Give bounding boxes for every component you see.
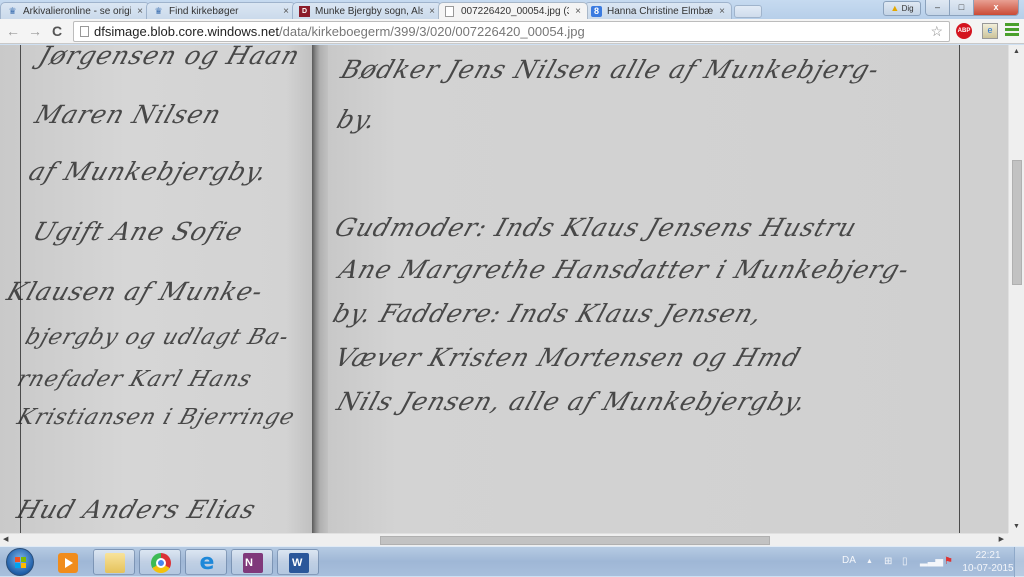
crown-icon: ♛ bbox=[7, 6, 18, 17]
scroll-right-arrow[interactable]: ▶ bbox=[999, 535, 1004, 543]
address-bar[interactable]: dfsimage.blob.core.windows.net/data/kirk… bbox=[73, 21, 950, 42]
handwritten-line: bjergby og udlagt Ba- bbox=[22, 325, 293, 350]
title-bar: ♛ Arkivalieronline - se origi × ♛ Find k… bbox=[0, 0, 1024, 19]
close-window-button[interactable]: x bbox=[974, 0, 1018, 16]
taskbar-media-player[interactable] bbox=[46, 549, 88, 575]
handwritten-line: Væver Kristen Mortensen og Hmd bbox=[331, 343, 805, 372]
handwritten-line: Bødker Jens Nilsen alle af Munkebjerg- bbox=[337, 55, 883, 84]
show-hidden-icons-button[interactable]: ▲ bbox=[866, 558, 873, 565]
crown-icon: ♛ bbox=[153, 6, 164, 17]
handwritten-line: Klausen af Munke- bbox=[3, 277, 267, 306]
handwritten-line: Nils Jensen, alle af Munkebjergby. bbox=[333, 387, 810, 416]
tab-close-button[interactable]: × bbox=[575, 3, 581, 19]
vertical-scrollbar[interactable]: ▲ ▼ bbox=[1008, 45, 1024, 533]
taskbar-file-explorer[interactable] bbox=[93, 549, 135, 575]
reload-button[interactable]: C bbox=[52, 23, 62, 39]
handwritten-line: Gudmoder: Inds Klaus Jensens Hustru bbox=[331, 213, 861, 242]
handwritten-line: af Munkebjergby. bbox=[25, 157, 272, 186]
site-logo-icon: D bbox=[299, 6, 310, 17]
windows-taskbar: e N W DA ▲ ⊞ ▯ ▂▃▅ ⚑ 22:21 10-07-2015 bbox=[0, 546, 1024, 576]
google-icon: 8 bbox=[591, 6, 602, 17]
back-button[interactable]: ← bbox=[6, 23, 20, 39]
tab-arkivalieronline[interactable]: ♛ Arkivalieronline - se origi × bbox=[0, 2, 150, 19]
window-buttons: – □ x bbox=[925, 0, 1019, 16]
tab-strip: ♛ Arkivalieronline - se origi × ♛ Find k… bbox=[0, 2, 762, 19]
clock-time: 22:21 bbox=[962, 549, 1014, 562]
handwritten-line: Kristiansen i Bjerringe bbox=[14, 405, 298, 430]
chrome-menu-icon[interactable] bbox=[1005, 23, 1019, 39]
tab-close-button[interactable]: × bbox=[283, 3, 289, 19]
clock-date: 10-07-2015 bbox=[962, 562, 1014, 575]
new-tab-button[interactable] bbox=[734, 5, 762, 18]
ie-tab-extension-icon[interactable]: e bbox=[982, 23, 998, 39]
tab-title: 007226420_00054.jpg (31 bbox=[461, 3, 569, 19]
image-viewport[interactable]: Jørgensen og Haan Maren Nilsen af Munkeb… bbox=[0, 45, 1008, 533]
taskbar-chrome[interactable] bbox=[139, 549, 181, 575]
handwritten-line: Ugift Ane Sofie bbox=[29, 217, 247, 246]
tab-hanna-christine[interactable]: 8 Hanna Christine Elmbæk × bbox=[584, 2, 732, 19]
handwritten-line: Maren Nilsen bbox=[31, 100, 225, 129]
start-button[interactable] bbox=[6, 548, 34, 576]
tab-close-button[interactable]: × bbox=[719, 3, 725, 19]
internet-explorer-icon: e bbox=[197, 553, 217, 573]
network-signal-icon[interactable]: ▂▃▅ bbox=[920, 556, 943, 567]
tab-title: Find kirkebøger bbox=[169, 3, 277, 19]
action-center-icon[interactable]: ⊞ bbox=[884, 556, 892, 567]
warning-label: Dig bbox=[902, 4, 914, 13]
book-spine bbox=[312, 45, 328, 533]
maximize-button[interactable]: □ bbox=[950, 0, 974, 16]
tab-find-kirkeboger[interactable]: ♛ Find kirkebøger × bbox=[146, 2, 296, 19]
clock[interactable]: 22:21 10-07-2015 bbox=[962, 549, 1014, 575]
tab-munke-bjergby[interactable]: D Munke Bjergby sogn, Alst × bbox=[292, 2, 442, 19]
url-host: dfsimage.blob.core.windows.net bbox=[94, 24, 279, 39]
url-text[interactable]: dfsimage.blob.core.windows.net/data/kirk… bbox=[94, 22, 585, 41]
page-icon bbox=[445, 6, 454, 17]
handwritten-line: Jørgensen og Haan bbox=[35, 45, 304, 70]
word-icon: W bbox=[289, 553, 309, 573]
windows-logo-icon bbox=[15, 557, 26, 568]
handwritten-line: Hud Anders Elias bbox=[13, 495, 260, 524]
horizontal-scroll-thumb[interactable] bbox=[380, 536, 770, 545]
vertical-scroll-thumb[interactable] bbox=[1012, 160, 1022, 285]
page-icon bbox=[80, 26, 89, 37]
tab-image-active[interactable]: 007226420_00054.jpg (31 × bbox=[438, 2, 588, 19]
taskbar-internet-explorer[interactable]: e bbox=[185, 549, 227, 575]
warning-button[interactable]: ▲ Dig bbox=[883, 1, 921, 16]
taskbar-onenote[interactable]: N bbox=[231, 549, 273, 575]
adblock-plus-icon[interactable]: ABP bbox=[956, 23, 972, 39]
folder-icon bbox=[105, 553, 125, 573]
warning-icon: ▲ bbox=[890, 3, 899, 13]
onenote-icon: N bbox=[243, 553, 263, 573]
handwritten-line: by. bbox=[333, 105, 380, 134]
media-player-icon bbox=[58, 553, 78, 573]
minimize-button[interactable]: – bbox=[926, 0, 950, 16]
url-path: /data/kirkeboegerm/399/3/020/007226420_0… bbox=[279, 24, 585, 39]
left-page-scan: Jørgensen og Haan Maren Nilsen af Munkeb… bbox=[0, 45, 318, 533]
scrollbar-corner bbox=[1008, 533, 1024, 546]
scroll-down-arrow[interactable]: ▼ bbox=[1013, 523, 1020, 530]
tab-title: Hanna Christine Elmbæk bbox=[607, 3, 713, 19]
browser-toolbar: ← → C dfsimage.blob.core.windows.net/dat… bbox=[0, 19, 1024, 44]
tab-title: Munke Bjergby sogn, Alst bbox=[315, 3, 423, 19]
forward-button[interactable]: → bbox=[28, 23, 42, 39]
tab-close-button[interactable]: × bbox=[429, 3, 435, 19]
right-page-scan: Bødker Jens Nilsen alle af Munkebjerg- b… bbox=[328, 45, 1008, 533]
taskbar-word[interactable]: W bbox=[277, 549, 319, 575]
handwritten-line: Ane Margrethe Hansdatter i Munkebjerg- bbox=[335, 255, 913, 284]
chrome-icon bbox=[151, 553, 171, 573]
margin-rule bbox=[959, 45, 960, 533]
horizontal-scrollbar[interactable]: ◀ ▶ bbox=[0, 533, 1008, 546]
tab-close-button[interactable]: × bbox=[137, 3, 143, 19]
flag-error-icon[interactable]: ⚑ bbox=[944, 556, 953, 567]
show-desktop-button[interactable] bbox=[1014, 547, 1024, 576]
bookmark-star-icon[interactable]: ☆ bbox=[930, 23, 943, 40]
handwritten-line: by. Faddere: Inds Klaus Jensen, bbox=[329, 299, 766, 328]
handwritten-line: rnefader Karl Hans bbox=[14, 367, 256, 392]
scroll-up-arrow[interactable]: ▲ bbox=[1013, 48, 1020, 55]
language-indicator[interactable]: DA bbox=[842, 555, 856, 566]
scroll-left-arrow[interactable]: ◀ bbox=[3, 535, 8, 543]
battery-icon[interactable]: ▯ bbox=[902, 556, 908, 567]
tab-title: Arkivalieronline - se origi bbox=[23, 3, 131, 19]
window-controls: ▲ Dig – □ x bbox=[883, 0, 1019, 16]
